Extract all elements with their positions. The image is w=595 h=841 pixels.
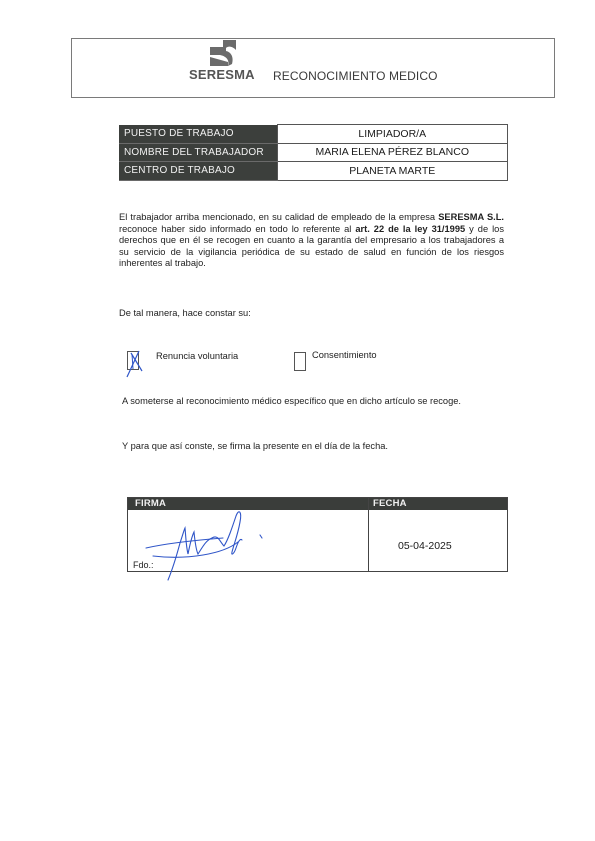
submit-text: A someterse al reconocimiento médico esp… bbox=[122, 396, 461, 406]
declare-text: De tal manera, hace constar su: bbox=[119, 308, 251, 318]
work-center-value: PLANETA MARTE bbox=[277, 162, 508, 181]
signature-table: FIRMA FECHA Fdo.: 05-04-2025 bbox=[127, 497, 508, 572]
law-reference: art. 22 de la ley 31/1995 bbox=[355, 224, 465, 234]
table-row: NOMBRE DEL TRABAJADOR MARIA ELENA PÉREZ … bbox=[119, 143, 508, 162]
seresma-logo-icon bbox=[208, 40, 238, 66]
option-label: Consentimiento bbox=[312, 350, 377, 360]
job-position-value: LIMPIADOR/A bbox=[277, 125, 508, 144]
worker-info-table: PUESTO DE TRABAJO LIMPIADOR/A NOMBRE DEL… bbox=[119, 124, 508, 181]
document-header: SERESMA RECONOCIMIENTO MEDICO bbox=[71, 38, 555, 98]
company-name: SERESMA S.L. bbox=[438, 212, 504, 222]
row-label: CENTRO DE TRABAJO bbox=[119, 162, 277, 181]
acknowledgement-paragraph: El trabajador arriba mencionado, en su c… bbox=[119, 212, 504, 270]
worker-name-value: MARIA ELENA PÉREZ BLANCO bbox=[277, 143, 508, 162]
table-row: CENTRO DE TRABAJO PLANETA MARTE bbox=[119, 162, 508, 181]
checkbox-consentimiento[interactable] bbox=[294, 352, 306, 371]
table-row: PUESTO DE TRABAJO LIMPIADOR/A bbox=[119, 125, 508, 144]
signature-date: 05-04-2025 bbox=[398, 540, 452, 552]
para-text: El trabajador arriba mencionado, en su c… bbox=[119, 212, 438, 222]
closing-text: Y para que así conste, se firma la prese… bbox=[122, 441, 388, 451]
para-text: reconoce haber sido informado en todo lo… bbox=[119, 224, 355, 234]
check-mark-icon bbox=[123, 349, 145, 375]
row-label: NOMBRE DEL TRABAJADOR bbox=[119, 143, 277, 162]
row-label: PUESTO DE TRABAJO bbox=[119, 125, 277, 144]
option-label: Renuncia voluntaria bbox=[156, 351, 238, 361]
document-title: RECONOCIMIENTO MEDICO bbox=[273, 69, 438, 83]
brand-name: SERESMA bbox=[189, 67, 255, 82]
checkbox-renuncia[interactable] bbox=[127, 351, 139, 370]
